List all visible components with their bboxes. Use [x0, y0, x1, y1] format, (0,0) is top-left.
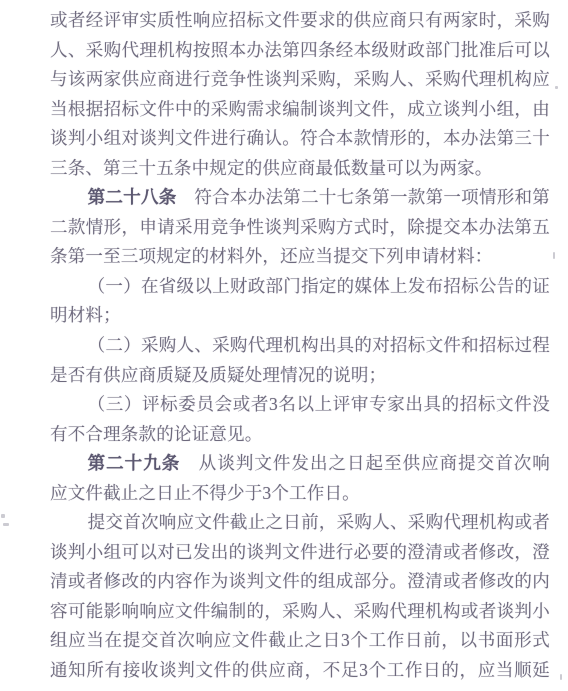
text-line: 谈判小组可以对已发出的谈判文件进行必要的澄清或者修改，澄 [50, 538, 550, 568]
text-line: 第二十八条 符合本办法第二十七条第一款第一项情形和第 [50, 183, 550, 213]
body-text: 组应当在提交首次响应文件截止之日3个工作日前，以书面形式 [50, 630, 550, 650]
body-text: 提交首次响应文件截止之日前，采购人、采购代理机构或者 [88, 512, 550, 532]
body-text: 条第一至三项规定的材料外，还应当提交下列申请材料： [50, 246, 493, 266]
body-text: 应文件截止之日止不得少于3个工作日。 [50, 483, 360, 503]
scan-speck [3, 523, 9, 526]
body-text: 从谈判文件发出之日起至供应商提交首次响 [180, 453, 550, 473]
text-line: 二款情形，申请采用竞争性谈判采购方式时，除提交本办法第五 [50, 213, 550, 243]
text-line: （一）在省级以上财政部门指定的媒体上发布招标公告的证 [50, 272, 550, 302]
text-line: 谈判小组对谈判文件进行确认。符合本款情形的，本办法第三十 [50, 124, 550, 154]
document-text-block: 或者经评审实质性响应招标文件要求的供应商只有两家时，采购人、采购代理机构按照本办… [50, 6, 550, 686]
scan-speck [1, 514, 5, 518]
body-text: 与该两家供应商进行竞争性谈判采购，采购人、采购代理机构应 [50, 69, 550, 89]
body-text: （三）评标委员会或者3名以上评审专家出具的招标文件没 [88, 394, 550, 414]
document-page: 或者经评审实质性响应招标文件要求的供应商只有两家时，采购人、采购代理机构按照本办… [0, 0, 568, 691]
text-line: 组应当在提交首次响应文件截止之日3个工作日前，以书面形式 [50, 626, 550, 656]
article-heading: 第二十八条 [88, 187, 177, 207]
text-line: 应文件截止之日止不得少于3个工作日。 [50, 479, 550, 509]
text-line: （二）采购人、采购代理机构出具的对招标文件和招标过程 [50, 331, 550, 361]
text-line: 提交首次响应文件截止之日前，采购人、采购代理机构或者 [50, 508, 550, 538]
body-text: （一）在省级以上财政部门指定的媒体上发布招标公告的证 [88, 276, 550, 296]
text-line: 容可能影响响应文件编制的，采购人、采购代理机构或者谈判小 [50, 597, 550, 627]
text-line: 明材料； [50, 301, 550, 331]
text-line: 条第一至三项规定的材料外，还应当提交下列申请材料： [50, 242, 550, 272]
body-text: 符合本办法第二十七条第一款第一项情形和第 [177, 187, 550, 207]
body-text: 谈判小组对谈判文件进行确认。符合本款情形的，本办法第三十 [50, 128, 550, 148]
article-heading: 第二十九条 [88, 453, 181, 473]
text-line: 通知所有接收谈判文件的供应商，不足3个工作日的，应当顺延 [50, 656, 550, 686]
body-text: 容可能影响响应文件编制的，采购人、采购代理机构或者谈判小 [50, 601, 550, 621]
text-line: 当根据招标文件中的采购需求编制谈判文件，成立谈判小组，由 [50, 95, 550, 125]
text-line: 与该两家供应商进行竞争性谈判采购，采购人、采购代理机构应 [50, 65, 550, 95]
body-text: 二款情形，申请采用竞争性谈判采购方式时，除提交本办法第五 [50, 217, 550, 237]
scan-speck [560, 674, 562, 680]
body-text: 通知所有接收谈判文件的供应商，不足3个工作日的，应当顺延 [50, 660, 550, 680]
text-line: 三条、第三十五条中规定的供应商最低数量可以为两家。 [50, 154, 550, 184]
text-line: 是否有供应商质疑及质疑处理情况的说明； [50, 361, 550, 391]
text-line: 或者经评审实质性响应招标文件要求的供应商只有两家时，采购 [50, 6, 550, 36]
scan-speck [553, 252, 555, 259]
text-line: 清或者修改的内容作为谈判文件的组成部分。澄清或者修改的内 [50, 567, 550, 597]
body-text: 是否有供应商质疑及质疑处理情况的说明； [50, 365, 386, 385]
text-line: （三）评标委员会或者3名以上评审专家出具的招标文件没 [50, 390, 550, 420]
body-text: 人、采购代理机构按照本办法第四条经本级财政部门批准后可以 [50, 40, 550, 60]
body-text: 清或者修改的内容作为谈判文件的组成部分。澄清或者修改的内 [50, 571, 550, 591]
body-text: 三条、第三十五条中规定的供应商最低数量可以为两家。 [50, 158, 493, 178]
text-line: 人、采购代理机构按照本办法第四条经本级财政部门批准后可以 [50, 36, 550, 66]
body-text: 有不合理条款的论证意见。 [50, 424, 262, 444]
text-line: 第二十九条 从谈判文件发出之日起至供应商提交首次响 [50, 449, 550, 479]
body-text: 或者经评审实质性响应招标文件要求的供应商只有两家时，采购 [50, 10, 550, 30]
body-text: （二）采购人、采购代理机构出具的对招标文件和招标过程 [88, 335, 550, 355]
body-text: 明材料； [50, 305, 121, 325]
scan-speck [555, 86, 558, 89]
text-line: 有不合理条款的论证意见。 [50, 420, 550, 450]
body-text: 谈判小组可以对已发出的谈判文件进行必要的澄清或者修改，澄 [50, 542, 550, 562]
body-text: 当根据招标文件中的采购需求编制谈判文件，成立谈判小组，由 [50, 99, 550, 119]
